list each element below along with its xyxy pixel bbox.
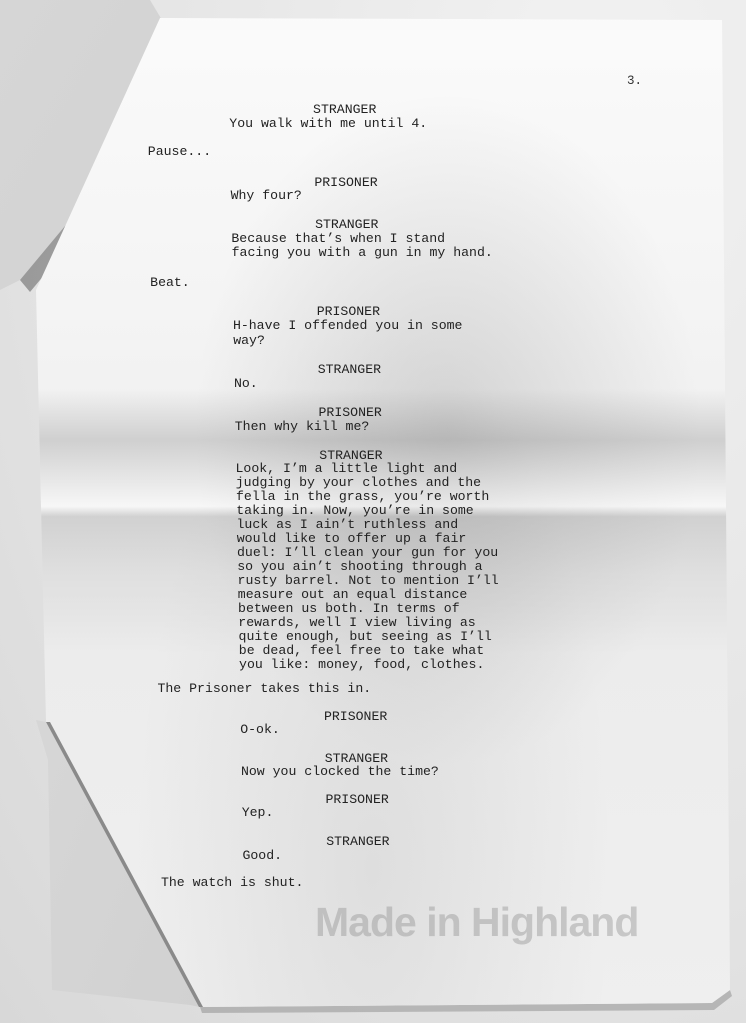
character-cue: PRISONER (325, 793, 388, 808)
character-cue: PRISONER (314, 176, 377, 191)
character-cue: STRANGER (318, 363, 381, 378)
action-line: Beat. (150, 276, 190, 291)
action-line: The watch is shut. (161, 876, 303, 891)
dialogue-line: Then why kill me? (235, 420, 370, 435)
dialogue-line: facing you with a gun in my hand. (232, 246, 493, 261)
dialogue-line: O-ok. (240, 723, 280, 738)
character-cue: PRISONER (324, 710, 387, 725)
page-number: 3. (627, 74, 642, 89)
dialogue-line: Why four? (231, 189, 302, 204)
dialogue-line: you like: money, food, clothes. (239, 658, 484, 673)
character-cue: STRANGER (326, 835, 389, 850)
watermark: Made in Highland (315, 915, 638, 930)
dialogue-line: Yep. (242, 806, 274, 821)
dialogue-line: way? (233, 334, 265, 349)
dialogue-line: Good. (242, 849, 282, 864)
dialogue-line: H-have I offended you in some (233, 319, 463, 334)
dialogue-line: No. (234, 377, 258, 392)
dialogue-line: Now you clocked the time? (241, 765, 439, 780)
action-line: Pause... (148, 145, 211, 160)
screenplay-text: 3. STRANGERYou walk with me until 4.Paus… (0, 0, 746, 1023)
dialogue-line: You walk with me until 4. (229, 117, 427, 132)
action-line: The Prisoner takes this in. (157, 682, 371, 697)
